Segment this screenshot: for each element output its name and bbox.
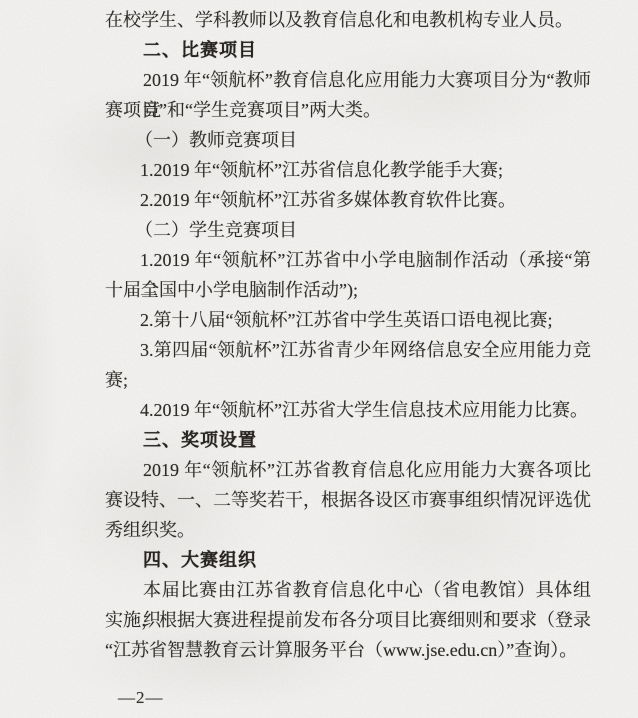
section-heading: 二、比赛项目 bbox=[105, 35, 591, 65]
text-line: 实施，根据大赛进程提前发布各分项目比赛细则和要求（登录 bbox=[105, 605, 591, 635]
text-line: 2.2019 年“领航杯”江苏省多媒体教育软件比赛。 bbox=[105, 185, 591, 215]
text-line: 赛设特、一、二等奖若干，根据各设区市赛事组织情况评选优 bbox=[105, 485, 591, 515]
text-line: 1.2019 年“领航杯”江苏省中小学电脑制作活动（承接“第二 bbox=[105, 245, 591, 275]
text-line: 本届比赛由江苏省教育信息化中心（省电教馆）具体组织 bbox=[105, 575, 591, 605]
page-number: —2— bbox=[118, 688, 164, 708]
text-line: 赛; bbox=[105, 365, 591, 395]
text-line: 十届全国中小学电脑制作活动”); bbox=[105, 275, 591, 305]
text-line: 2019 年“领航杯”教育信息化应用能力大赛项目分为“教师竞 bbox=[105, 65, 591, 95]
document-lines: 在校学生、学科教师以及教育信息化和电教机构专业人员。二、比赛项目2019 年“领… bbox=[105, 5, 591, 665]
text-line: 2019 年“领航杯”江苏省教育信息化应用能力大赛各项比 bbox=[105, 455, 591, 485]
text-line: 在校学生、学科教师以及教育信息化和电教机构专业人员。 bbox=[105, 5, 591, 35]
text-line: （一）教师竞赛项目 bbox=[105, 125, 591, 155]
text-line: 赛项目”和“学生竞赛项目”两大类。 bbox=[105, 95, 591, 125]
text-line: 秀组织奖。 bbox=[105, 515, 591, 545]
text-line: 3.第四届“领航杯”江苏省青少年网络信息安全应用能力竞 bbox=[105, 335, 591, 365]
text-line: 1.2019 年“领航杯”江苏省信息化教学能手大赛; bbox=[105, 155, 591, 185]
text-line: （二）学生竞赛项目 bbox=[105, 215, 591, 245]
section-heading: 三、奖项设置 bbox=[105, 425, 591, 455]
scanned-document-page: 在校学生、学科教师以及教育信息化和电教机构专业人员。二、比赛项目2019 年“领… bbox=[0, 0, 638, 718]
section-heading: 四、大赛组织 bbox=[105, 545, 591, 575]
scan-blotch bbox=[0, 180, 60, 600]
text-line: 2.第十八届“领航杯”江苏省中学生英语口语电视比赛; bbox=[105, 305, 591, 335]
text-line: “江苏省智慧教育云计算服务平台（www.jse.edu.cn）”查询）。 bbox=[105, 635, 591, 665]
text-line: 4.2019 年“领航杯”江苏省大学生信息技术应用能力比赛。 bbox=[105, 395, 591, 425]
